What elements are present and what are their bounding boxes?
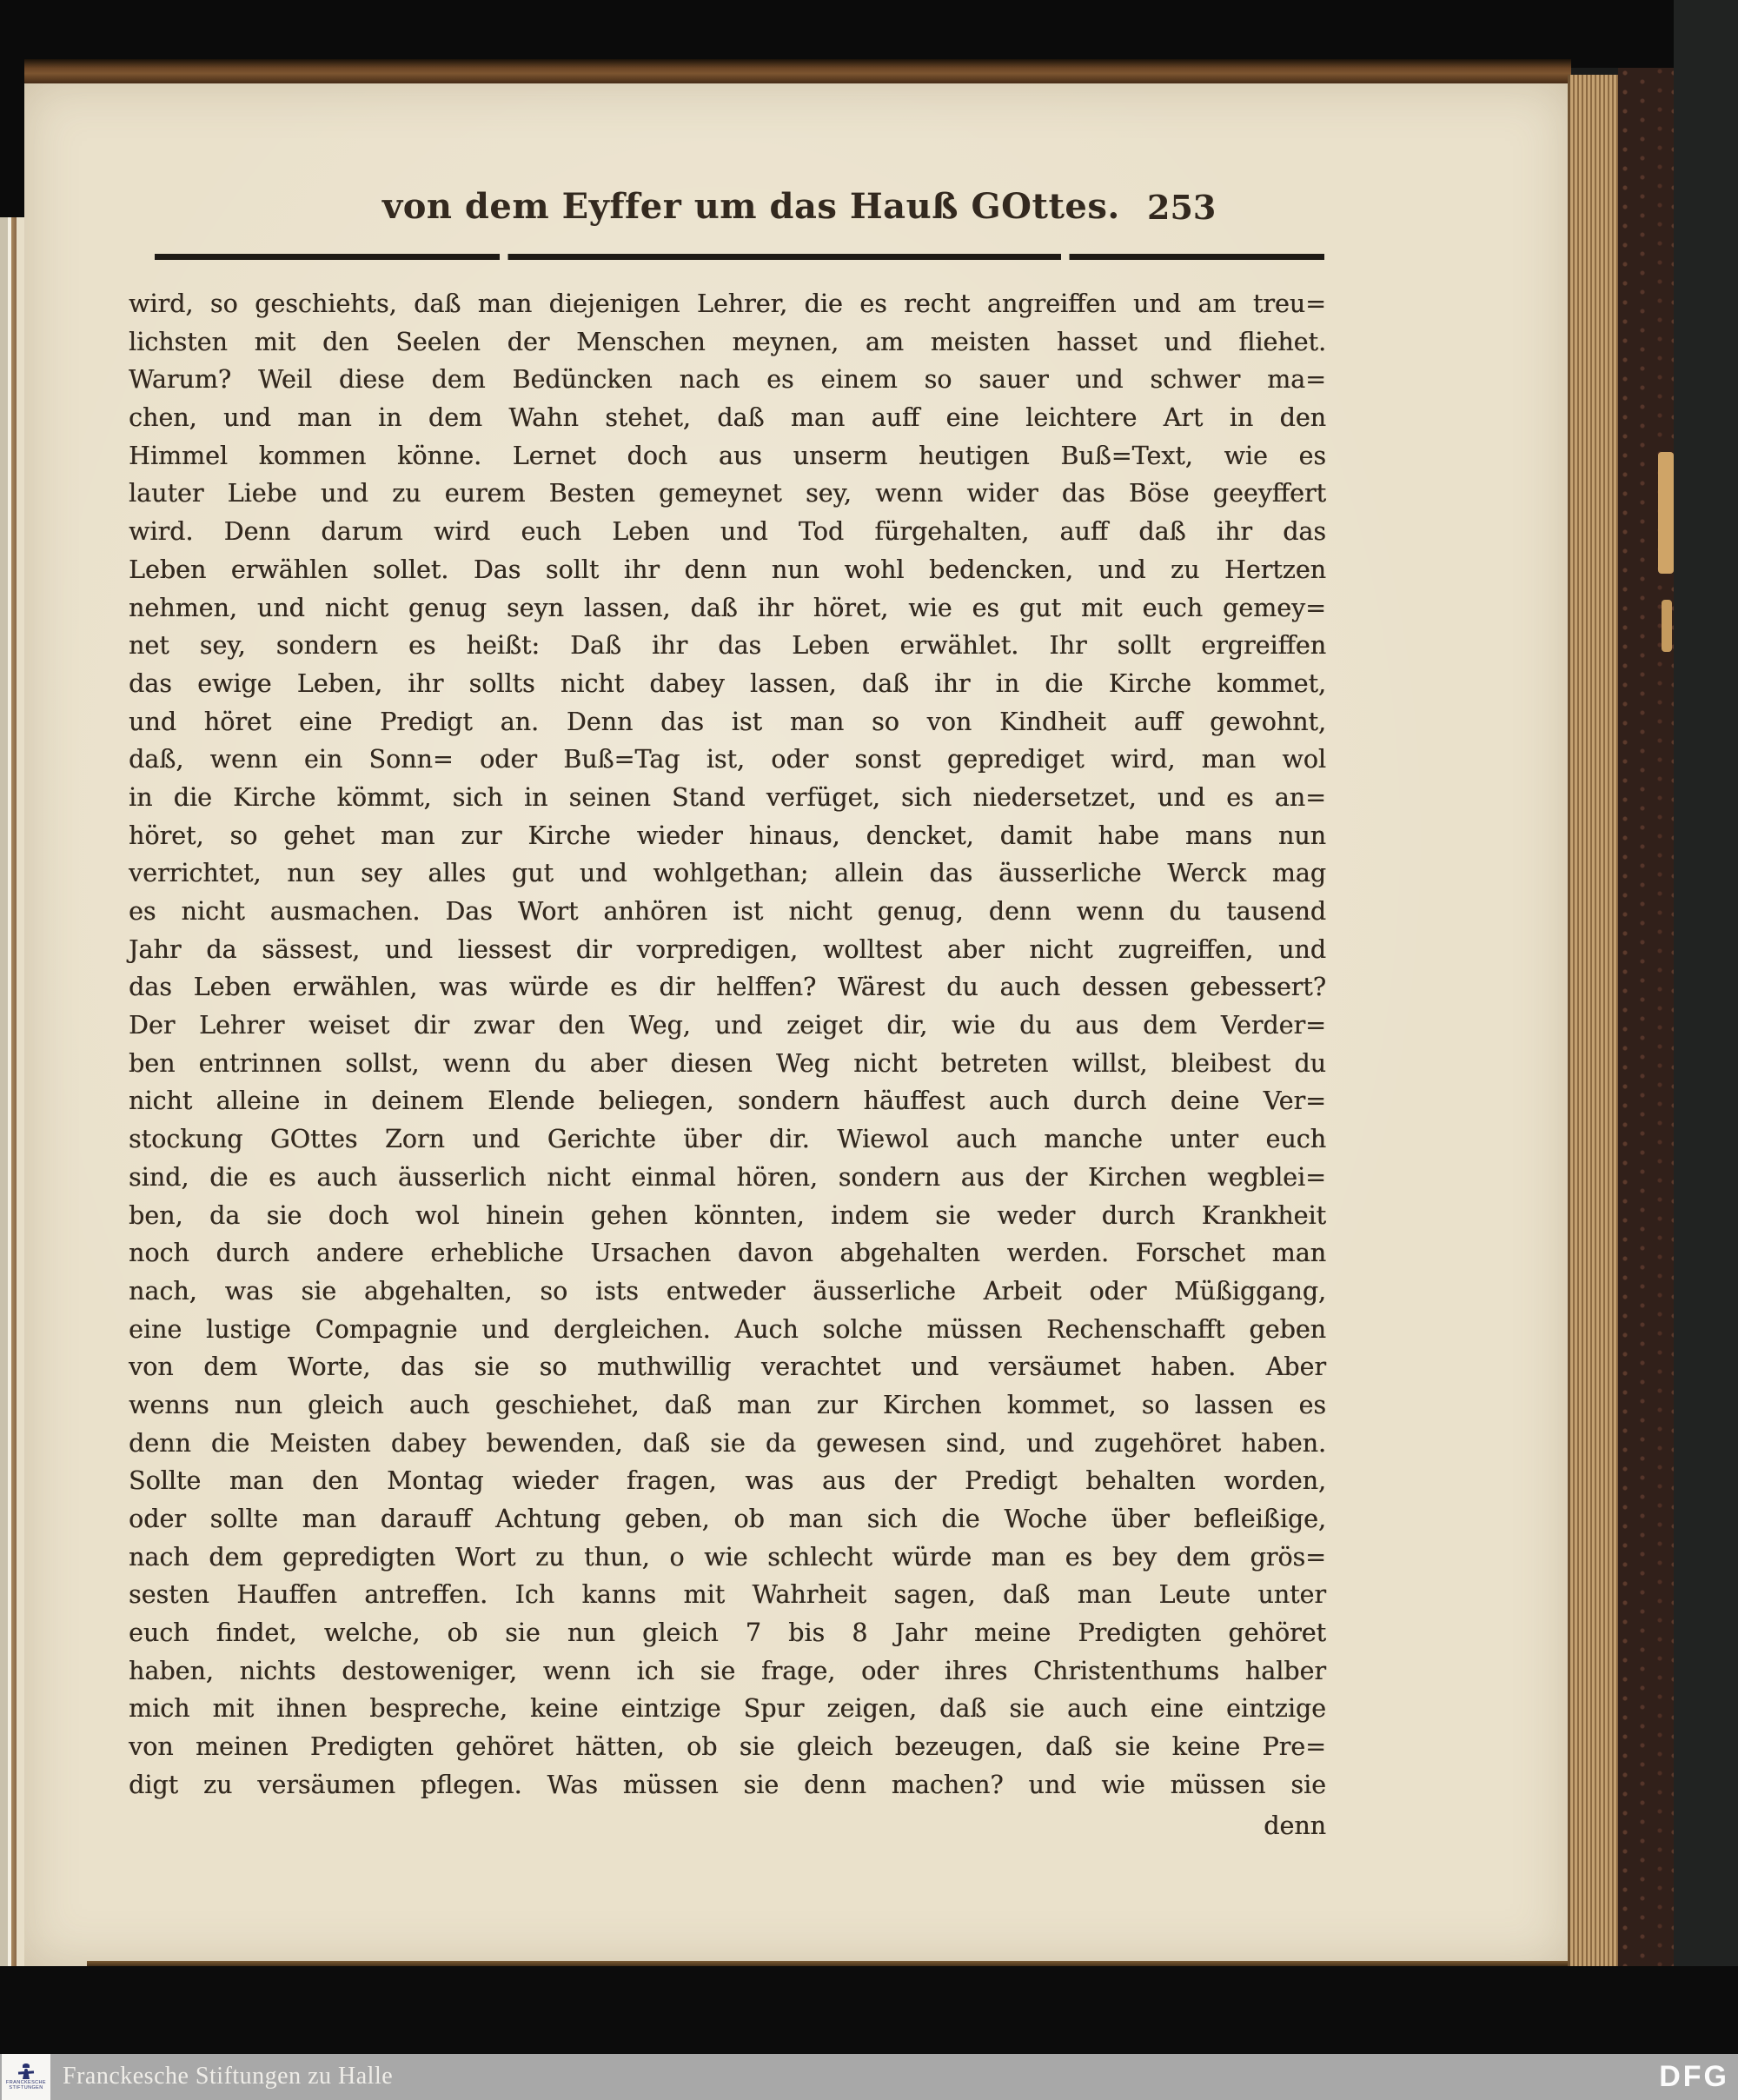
facing-page-edge bbox=[0, 216, 24, 1968]
text-line: und höret eine Predigt an. Denn das ist … bbox=[129, 703, 1326, 741]
text-line: Himmel kommen könne. Lernet doch aus uns… bbox=[129, 437, 1326, 475]
francke-emblem-icon bbox=[17, 2063, 36, 2079]
text-line: wird. Denn darum wird euch Leben und Tod… bbox=[129, 513, 1326, 551]
text-line: Warum? Weil diese dem Bedüncken nach es … bbox=[129, 361, 1326, 399]
text-line: das ewige Leben, ihr sollts nicht dabey … bbox=[129, 665, 1326, 703]
book-page: von dem Eyffer um das Hauß GOttes. 253 w… bbox=[24, 83, 1568, 1966]
text-line: noch durch andere erhebliche Ursachen da… bbox=[129, 1234, 1326, 1273]
text-line: nicht alleine in deinem Elende beliegen,… bbox=[129, 1082, 1326, 1120]
text-line: Jahr da sässest, und liessest dir vorpre… bbox=[129, 931, 1326, 969]
text-line: sind, die es auch äusserlich nicht einma… bbox=[129, 1159, 1326, 1197]
scanned-book-page: von dem Eyffer um das Hauß GOttes. 253 w… bbox=[0, 0, 1738, 2100]
institution-name: Franckesche Stiftungen zu Halle bbox=[63, 2063, 393, 2090]
text-line: daß, wenn ein Sonn= oder Buß=Tag ist, od… bbox=[129, 741, 1326, 779]
text-line: nach, was sie abgehalten, so ists entwed… bbox=[129, 1273, 1326, 1311]
book-fore-edge-pages bbox=[1568, 75, 1621, 1980]
text-line: wenns nun gleich auch geschiehet, daß ma… bbox=[129, 1386, 1326, 1425]
text-line: lauter Liebe und zu eurem Besten gemeyne… bbox=[129, 475, 1326, 513]
scan-background-right bbox=[1674, 0, 1738, 2100]
header-rule bbox=[155, 254, 1324, 260]
cover-worn-patch bbox=[1658, 452, 1674, 574]
catchword: denn bbox=[129, 1811, 1326, 1840]
scan-background-top bbox=[0, 0, 1738, 68]
scan-background-top-left bbox=[0, 0, 24, 217]
text-line: digt zu versäumen pflegen. Was müssen si… bbox=[129, 1766, 1326, 1804]
text-line: höret, so gehet man zur Kirche wieder hi… bbox=[129, 817, 1326, 855]
text-line: net sey, sondern es heißt: Daß ihr das L… bbox=[129, 627, 1326, 665]
text-line: oder sollte man darauff Achtung geben, o… bbox=[129, 1500, 1326, 1538]
text-line: ben, da sie doch wol hinein gehen könnte… bbox=[129, 1197, 1326, 1235]
text-line: Leben erwählen sollet. Das sollt ihr den… bbox=[129, 551, 1326, 589]
text-line: das Leben erwählen, was würde es dir hel… bbox=[129, 968, 1326, 1007]
book-cover-edge bbox=[1618, 68, 1674, 1990]
footer-bar: FRANCKESCHE STIFTUNGEN Franckesche Stift… bbox=[0, 2054, 1738, 2100]
text-line: nach dem gepredigten Wort zu thun, o wie… bbox=[129, 1538, 1326, 1577]
book-top-edge bbox=[24, 59, 1571, 85]
text-line: ben entrinnen sollst, wenn du aber diese… bbox=[129, 1045, 1326, 1083]
text-line: stockung GOttes Zorn und Gerichte über d… bbox=[129, 1120, 1326, 1159]
text-line: von meinen Predigten gehöret hätten, ob … bbox=[129, 1728, 1326, 1766]
text-line: mich mit ihnen bespreche, keine eintzige… bbox=[129, 1690, 1326, 1728]
text-line: sesten Hauffen antreffen. Ich kanns mit … bbox=[129, 1576, 1326, 1614]
logo-caption: FRANCKESCHE STIFTUNGEN bbox=[6, 2080, 46, 2090]
text-line: verrichtet, nun sey alles gut und wohlge… bbox=[129, 854, 1326, 893]
text-line: eine lustige Compagnie und dergleichen. … bbox=[129, 1311, 1326, 1349]
text-line: haben, nichts destoweniger, wenn ich sie… bbox=[129, 1652, 1326, 1691]
text-line: Der Lehrer weiset dir zwar den Weg, und … bbox=[129, 1007, 1326, 1045]
franckesche-stiftungen-logo: FRANCKESCHE STIFTUNGEN bbox=[2, 2054, 50, 2100]
running-header: von dem Eyffer um das Hauß GOttes. bbox=[382, 186, 1120, 227]
body-text: wird, so geschiehts, daß man diejenigen … bbox=[129, 285, 1326, 1804]
page-number: 253 bbox=[1147, 188, 1216, 227]
text-line: in die Kirche kömmt, sich in seinen Stan… bbox=[129, 779, 1326, 817]
text-line: chen, und man in dem Wahn stehet, daß ma… bbox=[129, 399, 1326, 437]
text-line: es nicht ausmachen. Das Wort anhören ist… bbox=[129, 893, 1326, 931]
text-line: lichsten mit den Seelen der Menschen mey… bbox=[129, 323, 1326, 362]
scan-background-bottom bbox=[0, 1966, 1738, 2054]
text-line: nehmen, und nicht genug seyn lassen, daß… bbox=[129, 589, 1326, 628]
text-line: denn die Meisten dabey bewenden, daß sie… bbox=[129, 1425, 1326, 1463]
text-line: euch findet, welche, ob sie nun gleich 7… bbox=[129, 1614, 1326, 1652]
text-line: wird, so geschiehts, daß man diejenigen … bbox=[129, 285, 1326, 323]
cover-worn-patch bbox=[1662, 600, 1672, 652]
text-line: Sollte man den Montag wieder fragen, was… bbox=[129, 1462, 1326, 1500]
text-line: von dem Worte, das sie so muthwillig ver… bbox=[129, 1348, 1326, 1386]
dfg-logo: DFG bbox=[1659, 2060, 1729, 2094]
